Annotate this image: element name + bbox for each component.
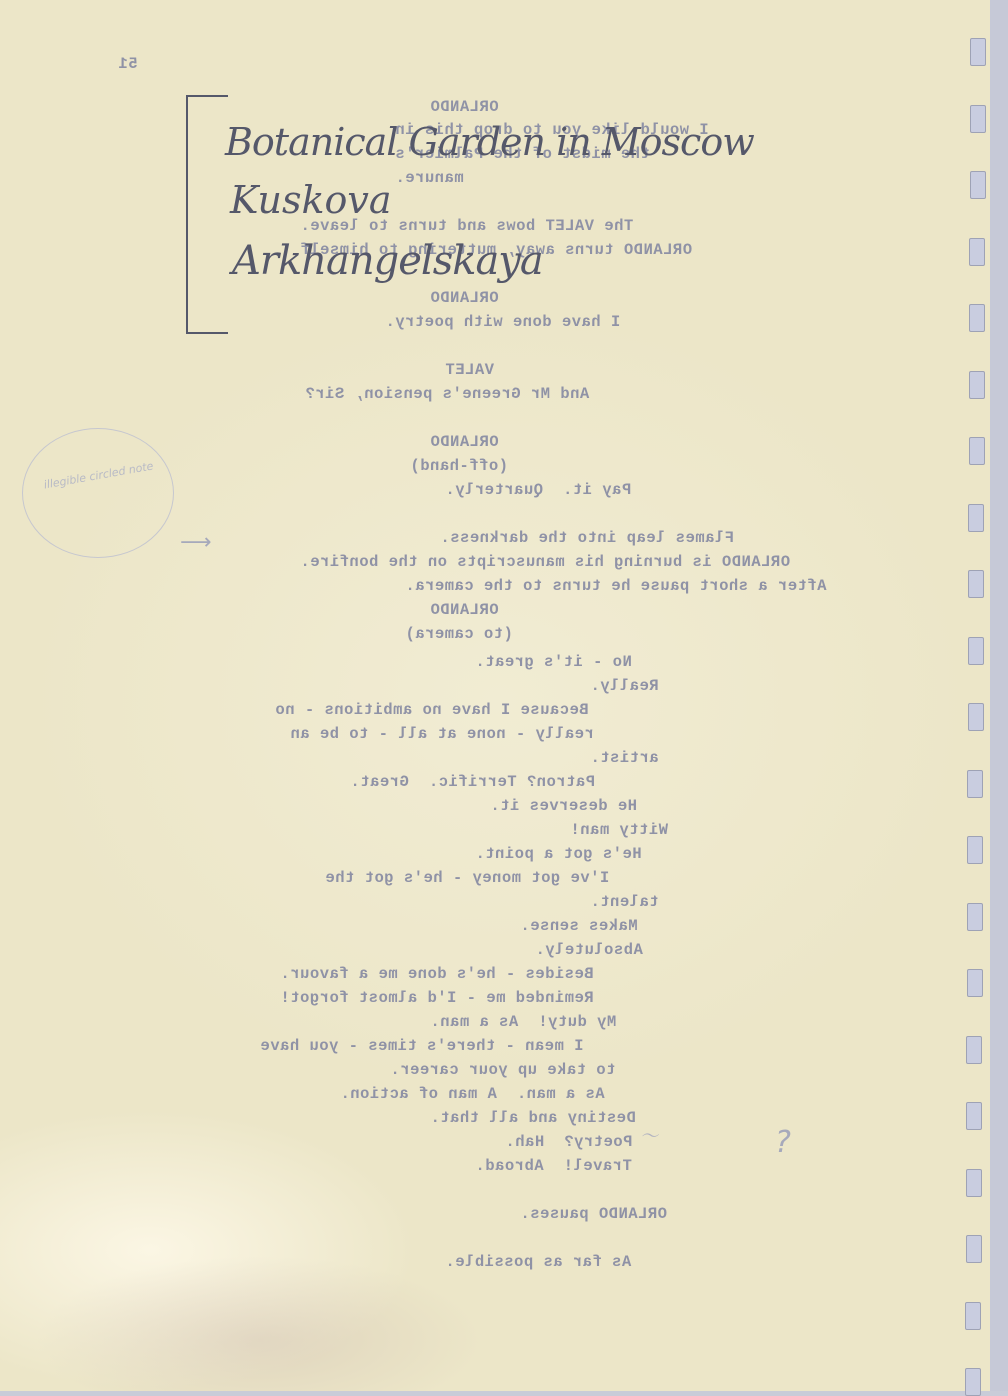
typed-line: really - none at all - to be an — [290, 722, 594, 746]
typed-line: (off-hand) — [410, 454, 508, 478]
typed-line: Because I have no ambitions - no — [275, 698, 589, 722]
binding-hole — [970, 105, 986, 133]
typed-line: VALET — [445, 358, 494, 382]
margin-note-text: illegible circled note — [43, 459, 155, 491]
typed-line: Poetry? Hah. — [505, 1130, 632, 1154]
binding-hole — [970, 171, 986, 199]
binding-hole — [965, 1368, 981, 1391]
typed-line: Besides - he's done me a favour. — [280, 962, 594, 986]
typed-line: Really. — [590, 674, 659, 698]
typed-line: Reminded me - I'd almost forgot! — [280, 986, 594, 1010]
binding-hole — [966, 1235, 982, 1263]
binding-hole — [967, 969, 983, 997]
typed-line: No - it's great. — [475, 650, 632, 674]
typed-line: manure. — [395, 166, 464, 190]
typed-line: ORLANDO — [430, 598, 499, 622]
typed-line: ORLANDO — [430, 95, 499, 119]
typed-line: (to camera) — [405, 622, 513, 646]
binding-hole — [968, 504, 984, 532]
binding-hole — [969, 238, 985, 266]
binding-hole — [968, 637, 984, 665]
typed-line: As a man. A man of action. — [340, 1082, 605, 1106]
typed-line: Patron? Terrific. Great. — [350, 770, 595, 794]
binding-hole — [969, 437, 985, 465]
margin-question-mark: ? — [775, 1125, 791, 1160]
typed-line: He deserves it. — [490, 794, 637, 818]
binding-hole — [969, 304, 985, 332]
binding-hole — [967, 770, 983, 798]
typed-line: After a short pause he turns to the came… — [405, 574, 826, 598]
typed-line: to take up your career. — [390, 1058, 615, 1082]
typed-line: My duty! As a man. — [430, 1010, 616, 1034]
page-number: 51 — [118, 52, 138, 76]
script-page: 51 ORLANDOI would like you to drop this … — [0, 0, 990, 1391]
binding-hole — [966, 1169, 982, 1197]
pencil-bracket — [186, 95, 228, 334]
page-edge — [990, 0, 1008, 1391]
binding-hole — [967, 836, 983, 864]
circled-margin-note: illegible circled note — [22, 428, 174, 558]
binding-hole — [968, 703, 984, 731]
binding-hole — [969, 371, 985, 399]
typed-line: Absolutely. — [535, 938, 643, 962]
typed-line: He's got a point. — [475, 842, 642, 866]
typed-line: talent. — [590, 890, 659, 914]
handwritten-note-kuskova: Kuskova — [230, 178, 392, 222]
typed-line: Witty man! — [570, 818, 668, 842]
typed-line: And Mr Greene's pension, Sir? — [305, 382, 589, 406]
binding-hole — [966, 1102, 982, 1130]
spiral-binding-holes — [960, 0, 980, 1391]
typed-line: artist. — [590, 746, 659, 770]
typed-line: ORLANDO — [430, 430, 499, 454]
typed-line: I have done with poetry. — [385, 310, 620, 334]
margin-scribble-line: 〜 — [640, 1122, 658, 1148]
binding-hole — [967, 903, 983, 931]
typed-line: Travel! Abroad. — [475, 1154, 632, 1178]
binding-hole — [966, 1036, 982, 1064]
typed-line: Destiny and all that. — [430, 1106, 636, 1130]
margin-arrow-icon: ⟶ — [180, 530, 212, 555]
typed-line: Pay it. Quarterly. — [445, 478, 631, 502]
typed-line: I've got money - he's got the — [325, 866, 609, 890]
handwritten-note-botanical-garden: Botanical Garden in Moscow — [225, 120, 754, 164]
binding-hole — [968, 570, 984, 598]
handwritten-note-arkhangelskaya: Arkhangelskaya — [232, 238, 543, 284]
typed-line: I mean - there's times - you have — [260, 1034, 583, 1058]
typed-line: As far as possible. — [445, 1250, 631, 1274]
typed-line: ORLANDO pauses. — [520, 1202, 667, 1226]
typed-line: ORLANDO — [430, 286, 499, 310]
binding-hole — [965, 1302, 981, 1330]
typed-line: ORLANDO is burning his manuscripts on th… — [300, 550, 790, 574]
typed-line: Makes sense. — [520, 914, 638, 938]
binding-hole — [970, 38, 986, 66]
typed-line: Flames leap into the darkness. — [440, 526, 734, 550]
